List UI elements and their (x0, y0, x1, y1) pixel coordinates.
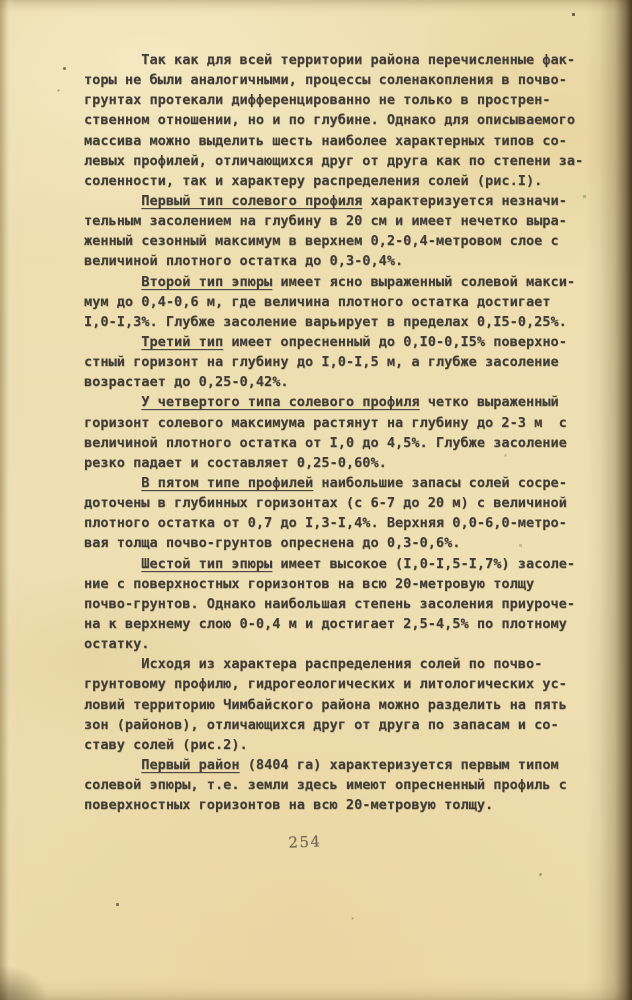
underlined-phrase: Третий тип (141, 334, 223, 350)
text-line: У четвертого типа солевого профиля четко… (84, 392, 596, 412)
paragraph: Шестой тип эпюры имеет высокое (I,0-I,5-… (84, 554, 596, 655)
text-line: доточены в глубинных горизонтах (с 6-7 д… (84, 493, 596, 513)
text-segment (84, 394, 141, 410)
text-segment: соленности, так и характеру распределени… (84, 173, 542, 189)
text-line: левых профилей, отличающихся друг от дру… (84, 151, 596, 171)
text-segment: стный горизонт на глубину до I,0-I,5 м, … (84, 354, 559, 370)
text-segment: величиной плотного остатка от I,0 до 4,5… (84, 435, 567, 451)
text-segment: возрастает до 0,25-0,42%. (84, 374, 289, 390)
text-line: массива можно выделить шесть наиболее ха… (84, 131, 596, 151)
text-line: соленности, так и характеру распределени… (84, 171, 596, 191)
text-segment: мум до 0,4-0,6 м, где величина плотного … (84, 294, 551, 310)
typewritten-text: Так как для всей территории района переч… (84, 50, 596, 815)
text-line: грунтах протекали дифференцированно не т… (84, 90, 596, 110)
text-segment (84, 757, 141, 773)
text-line: Шестой тип эпюры имеет высокое (I,0-I,5-… (84, 554, 596, 574)
text-segment: имеет опресненный до 0,I0-0,I5% поверхно… (223, 334, 567, 350)
paragraph: Первый район (8404 га) характеризуется п… (84, 755, 596, 815)
text-line: вая толща почво-грунтов опреснена до 0,3… (84, 533, 596, 553)
paragraph: Второй тип эпюры имеет ясно выраженный с… (84, 272, 596, 332)
underlined-phrase: Второй тип эпюры (141, 274, 272, 290)
paragraph: В пятом типе профилей наибольшие запасы … (84, 473, 596, 554)
paragraph: Третий тип имеет опресненный до 0,I0-0,I… (84, 332, 596, 392)
text-segment: (8404 га) характеризуется первым типом (240, 757, 559, 773)
paragraph: Так как для всей территории района переч… (84, 50, 596, 191)
scanned-book-page: Так как для всей территории района переч… (0, 0, 632, 1000)
text-segment: горизонт солевого максимума растянут на … (84, 415, 567, 431)
text-segment (84, 274, 141, 290)
text-segment: женный сезонный максимум в верхнем 0,2-0… (84, 233, 559, 249)
text-line: горизонт солевого максимума растянут на … (84, 413, 596, 433)
text-line: солевой эпюры, т.е. земли здесь имеют оп… (84, 775, 596, 795)
text-line: В пятом типе профилей наибольшие запасы … (84, 473, 596, 493)
text-segment: поверхностных горизонтов на всю 20-метро… (84, 797, 493, 813)
paper-specks (0, 0, 1, 1)
text-segment: величиной плотного остатка до 0,3-0,4%. (84, 253, 403, 269)
text-segment: грунтах протекали дифференцированно не т… (84, 92, 551, 108)
text-line: грунтовому профилю, гидрогеологических и… (84, 674, 596, 694)
text-segment: вая толща почво-грунтов опреснена до 0,3… (84, 535, 460, 551)
text-line: женный сезонный максимум в верхнем 0,2-0… (84, 231, 596, 251)
paragraph: У четвертого типа солевого профиля четко… (84, 392, 596, 473)
text-line: Исходя из характера распределения солей … (84, 654, 596, 674)
underlined-phrase: Первый тип солевого профиля (141, 193, 362, 209)
text-segment: наибольшие запасы солей сосре- (313, 475, 567, 491)
text-line: торы не были аналогичными, процессы соле… (84, 70, 596, 90)
underlined-phrase: Шестой тип эпюры (141, 556, 272, 572)
text-line: резко падает и составляет 0,25-0,60%. (84, 453, 596, 473)
text-segment: массива можно выделить шесть наиболее ха… (84, 133, 567, 149)
text-line: на к верхнему слою 0-0,4 м и достигает 2… (84, 614, 596, 634)
text-line: возрастает до 0,25-0,42%. (84, 372, 596, 392)
text-line: почво-грунтов. Однако наибольшая степень… (84, 594, 596, 614)
text-segment: Так как для всей территории района переч… (84, 52, 575, 68)
text-line: Второй тип эпюры имеет ясно выраженный с… (84, 272, 596, 292)
text-segment: имеет ясно выраженный солевой макси- (272, 274, 575, 290)
text-line: Так как для всей территории района переч… (84, 50, 596, 70)
text-line: поверхностных горизонтов на всю 20-метро… (84, 795, 596, 815)
text-segment: резко падает и составляет 0,25-0,60%. (84, 455, 387, 471)
text-segment: зон (районов), отличающихся друг от друг… (84, 717, 559, 733)
text-segment: имеет высокое (I,0-I,5-I,7%) засоле- (272, 556, 575, 572)
text-line: ставу солей (рис.2). (84, 735, 596, 755)
text-segment: плотного остатка от 0,7 до I,3-I,4%. Вер… (84, 515, 567, 531)
underlined-phrase: У четвертого типа солевого профиля (141, 394, 419, 410)
text-segment: доточены в глубинных горизонтах (с 6-7 д… (84, 495, 567, 511)
text-line: величиной плотного остатка до 0,3-0,4%. (84, 251, 596, 271)
text-segment: грунтовому профилю, гидрогеологических и… (84, 676, 567, 692)
page-number: 254 (0, 822, 610, 861)
text-line: зон (районов), отличающихся друг от друг… (84, 715, 596, 735)
text-segment: на к верхнему слою 0-0,4 м и достигает 2… (84, 616, 567, 632)
text-segment: ние с поверхностных горизонтов на всю 20… (84, 576, 534, 592)
text-segment: торы не были аналогичными, процессы соле… (84, 72, 567, 88)
text-segment (84, 193, 141, 209)
paragraph: Первый тип солевого профиля характеризуе… (84, 191, 596, 272)
text-line: I,0-I,3%. Глубже засоление варьирует в п… (84, 312, 596, 332)
text-segment: ловий территорию Чимбайского района можн… (84, 697, 567, 713)
text-segment: тельным засолением на глубину в 20 см и … (84, 213, 567, 229)
text-line: плотного остатка от 0,7 до I,3-I,4%. Вер… (84, 513, 596, 533)
text-line: стный горизонт на глубину до I,0-I,5 м, … (84, 352, 596, 372)
text-segment: I,0-I,3%. Глубже засоление варьирует в п… (84, 314, 567, 330)
text-line: Первый тип солевого профиля характеризуе… (84, 191, 596, 211)
text-line: Третий тип имеет опресненный до 0,I0-0,I… (84, 332, 596, 352)
text-line: мум до 0,4-0,6 м, где величина плотного … (84, 292, 596, 312)
text-segment (84, 475, 141, 491)
text-line: ловий территорию Чимбайского района можн… (84, 695, 596, 715)
text-line: остатку. (84, 634, 596, 654)
text-line: ние с поверхностных горизонтов на всю 20… (84, 574, 596, 594)
text-line: ственном отношении, но и по глубине. Одн… (84, 110, 596, 130)
text-segment: солевой эпюры, т.е. земли здесь имеют оп… (84, 777, 567, 793)
text-segment: левых профилей, отличающихся друг от дру… (84, 153, 583, 169)
text-segment (84, 334, 141, 350)
text-segment: Исходя из характера распределения солей … (84, 656, 542, 672)
paragraph: Исходя из характера распределения солей … (84, 654, 596, 755)
page-bottom-left-corner-shadow (0, 945, 70, 1000)
text-segment (84, 556, 141, 572)
text-line: величиной плотного остатка от I,0 до 4,5… (84, 433, 596, 453)
text-segment: остатку. (84, 636, 149, 652)
text-line: тельным засолением на глубину в 20 см и … (84, 211, 596, 231)
text-segment: ственном отношении, но и по глубине. Одн… (84, 112, 575, 128)
text-segment: ставу солей (рис.2). (84, 737, 248, 753)
text-segment: почво-грунтов. Однако наибольшая степень… (84, 596, 575, 612)
text-segment: характеризуется незначи- (362, 193, 567, 209)
text-line: Первый район (8404 га) характеризуется п… (84, 755, 596, 775)
underlined-phrase: Первый район (141, 757, 239, 773)
text-segment: четко выраженный (420, 394, 559, 410)
underlined-phrase: В пятом типе профилей (141, 475, 313, 491)
